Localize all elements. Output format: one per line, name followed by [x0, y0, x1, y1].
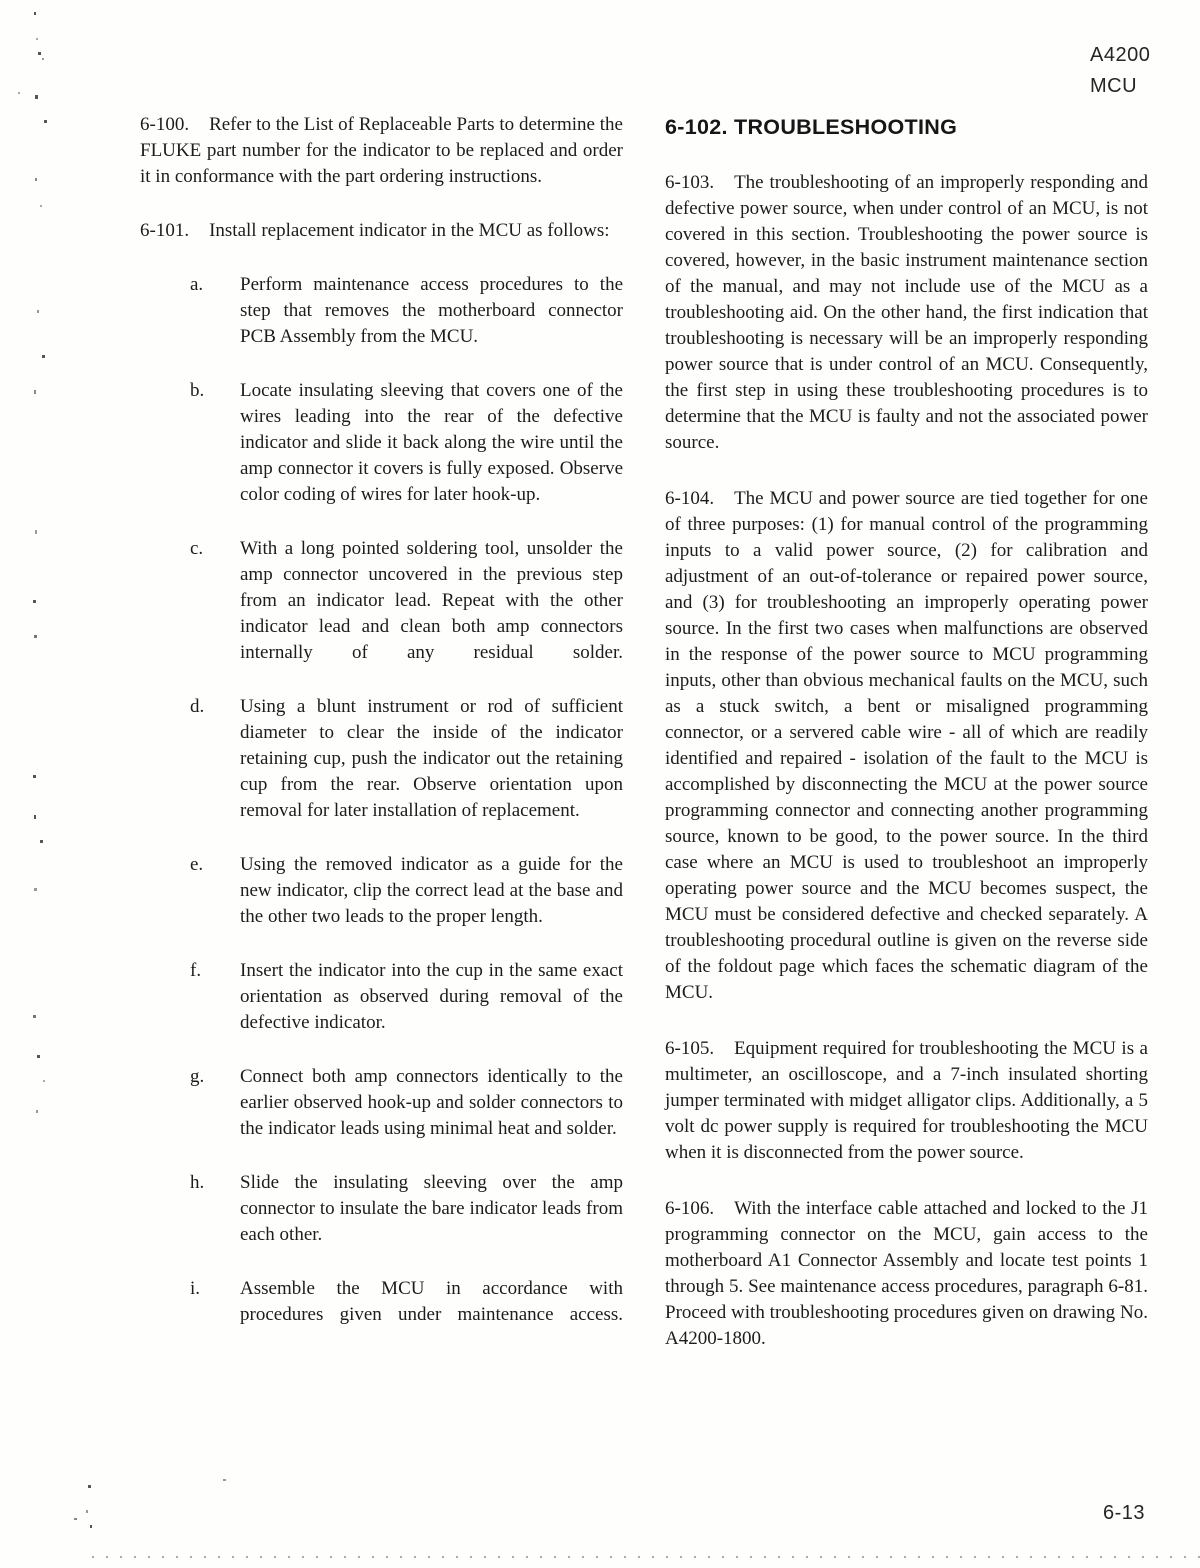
paragraph-number: 6-106. — [665, 1198, 714, 1219]
list-item-label: d. — [190, 694, 240, 824]
list-item-label: h. — [190, 1170, 240, 1248]
paragraph-text: The MCU and power source are tied togeth… — [665, 488, 1148, 1003]
list-item-i: i. Assemble the MCU in accordance with p… — [140, 1276, 623, 1328]
paragraph-number: 6-105. — [665, 1038, 714, 1059]
scan-speckle — [35, 95, 38, 99]
paragraph-6-106: 6-106.With the interface cable attached … — [665, 1196, 1148, 1352]
list-item-label: e. — [190, 852, 240, 930]
scan-speckle — [34, 390, 36, 394]
list-item-text: Using the removed indicator as a guide f… — [240, 852, 623, 930]
list-item-text: Slide the insulating sleeving over the a… — [240, 1170, 623, 1248]
list-item-label: i. — [190, 1276, 240, 1328]
scan-speckle — [40, 205, 42, 207]
list-item-text: Connect both amp connectors identically … — [240, 1064, 623, 1142]
scan-speckle — [34, 635, 37, 638]
procedure-list: a. Perform maintenance access procedures… — [140, 272, 623, 1328]
scan-speckle — [42, 58, 44, 60]
scan-speckle — [38, 52, 41, 55]
scan-edge-dotted-line — [92, 1556, 1200, 1558]
scan-speckle — [44, 120, 47, 123]
scan-speckle — [34, 815, 36, 819]
scan-speckle — [35, 178, 37, 181]
scan-speckle — [33, 1015, 36, 1018]
list-item-c: c. With a long pointed soldering tool, u… — [140, 536, 623, 666]
list-item-text: Using a blunt instrument or rod of suffi… — [240, 694, 623, 824]
scan-speckle — [37, 310, 39, 313]
list-item-text: Locate insulating sleeving that covers o… — [240, 378, 623, 508]
paragraph-text: Refer to the List of Replaceable Parts t… — [140, 114, 623, 187]
scan-speckle — [34, 12, 36, 15]
doc-name: MCU — [1090, 71, 1150, 102]
scan-speckle — [88, 1485, 91, 1488]
scan-speckle — [33, 775, 36, 778]
page-number: 6-13 — [1103, 1502, 1145, 1525]
list-item-d: d. Using a blunt instrument or rod of su… — [140, 694, 623, 824]
list-item-text: With a long pointed soldering tool, unso… — [240, 536, 623, 666]
list-item-f: f. Insert the indicator into the cup in … — [140, 958, 623, 1036]
paragraph-text: Install replacement indicator in the MCU… — [209, 220, 609, 241]
list-item-b: b. Locate insulating sleeving that cover… — [140, 378, 623, 508]
scan-speckle — [74, 1518, 77, 1520]
paragraph-number: 6-101. — [140, 220, 189, 241]
left-column: 6-100.Refer to the List of Replaceable P… — [140, 112, 623, 1356]
paragraph-text: Equipment required for troubleshooting t… — [665, 1038, 1148, 1163]
scan-speckle — [43, 1080, 45, 1082]
paragraph-text: The troubleshooting of an improperly res… — [665, 172, 1148, 453]
page-header: A4200 MCU — [1090, 40, 1150, 102]
list-item-text: Insert the indicator into the cup in the… — [240, 958, 623, 1036]
list-item-label: c. — [190, 536, 240, 666]
list-item-text: Assemble the MCU in accordance with proc… — [240, 1276, 623, 1328]
scan-speckle — [90, 1525, 92, 1528]
scan-speckle — [40, 840, 43, 843]
paragraph-6-104: 6-104.The MCU and power source are tied … — [665, 486, 1148, 1006]
paragraph-number: 6-104. — [665, 488, 714, 509]
right-column: 6-102. TROUBLESHOOTING 6-103.The trouble… — [665, 112, 1148, 1382]
paragraph-6-105: 6-105.Equipment required for troubleshoo… — [665, 1036, 1148, 1166]
list-item-label: b. — [190, 378, 240, 508]
scan-speckle — [37, 1055, 40, 1058]
scan-speckle — [42, 355, 45, 358]
list-item-e: e. Using the removed indicator as a guid… — [140, 852, 623, 930]
list-item-label: a. — [190, 272, 240, 350]
paragraph-number: 6-103. — [665, 172, 714, 193]
list-item-label: f. — [190, 958, 240, 1036]
scan-speckle — [35, 530, 37, 534]
list-item-text: Perform maintenance access procedures to… — [240, 272, 623, 350]
scan-speckle — [36, 1110, 38, 1113]
scan-speckle — [18, 92, 20, 94]
paragraph-6-101: 6-101.Install replacement indicator in t… — [140, 218, 623, 244]
scan-speckle — [36, 38, 38, 40]
list-item-g: g. Connect both amp connectors identical… — [140, 1064, 623, 1142]
paragraph-6-100: 6-100.Refer to the List of Replaceable P… — [140, 112, 623, 190]
list-item-label: g. — [190, 1064, 240, 1142]
paragraph-6-103: 6-103.The troubleshooting of an improper… — [665, 170, 1148, 456]
scan-speckle — [86, 1510, 88, 1513]
manual-page: A4200 MCU 6-100.Refer to the List of Rep… — [0, 0, 1200, 1568]
list-item-h: h. Slide the insulating sleeving over th… — [140, 1170, 623, 1248]
doc-code: A4200 — [1090, 40, 1150, 71]
paragraph-text: With the interface cable attached and lo… — [665, 1198, 1148, 1349]
list-item-a: a. Perform maintenance access procedures… — [140, 272, 623, 350]
scan-speckle — [33, 600, 36, 603]
paragraph-number: 6-100. — [140, 114, 189, 135]
scan-speckle — [34, 888, 37, 891]
scan-speckle — [223, 1479, 226, 1481]
section-heading: 6-102. TROUBLESHOOTING — [665, 114, 1148, 140]
